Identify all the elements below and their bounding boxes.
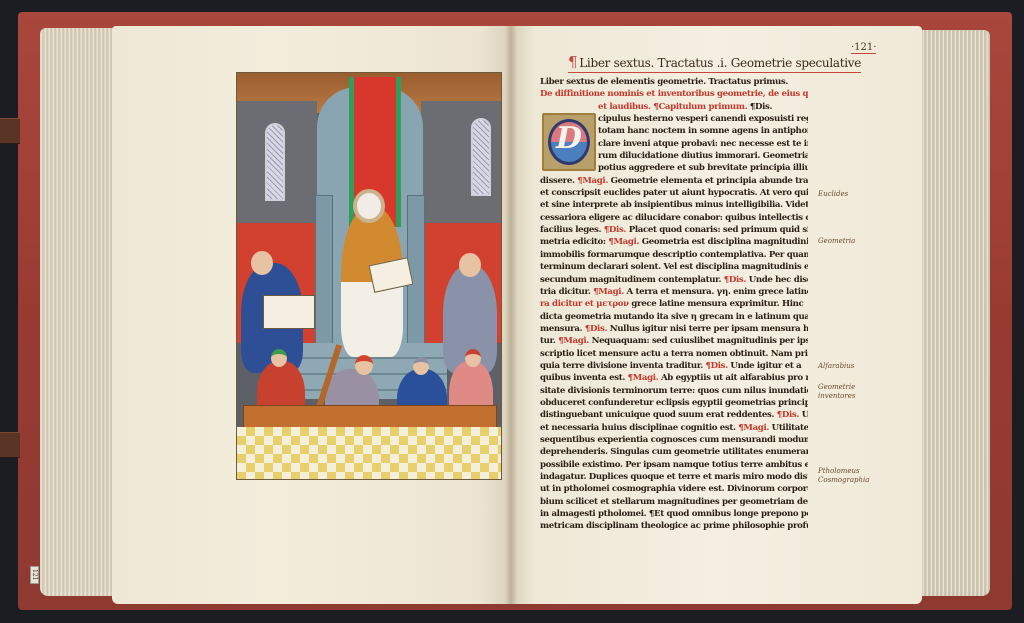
scholar-blue-head [251,251,273,275]
rubric-text: ra dicitur et μετρον [540,299,631,309]
body-text: Singulas cum geometrie utilitates enumer… [610,447,808,457]
body-text: ¶Et quod omnibus longe prepono per ipsam… [649,509,808,519]
gutter-shadow [505,26,517,604]
text-line: ut in ptholomei cosmographia videre est.… [540,483,808,495]
marginal-note: Geometrie inventores [818,383,878,401]
rubric-text: ¶Dis. [604,225,629,235]
page-edges-left [40,28,122,596]
student-grey-head [355,355,373,375]
text-line: et sine interprete ab insipientibus minu… [540,199,808,211]
rubric-text: ¶Dis. [706,361,731,371]
text-line: deprehenderis. Singulas cum geometrie ut… [540,446,808,458]
text-line: mensura. ¶Dis. Nullus igitur nisi terre … [540,323,808,335]
body-text: Nequaquam: sed cuiuslibet magnitudinis p… [592,336,808,346]
student-blue-head [413,357,429,375]
body-text: Utilitatem eius in [772,423,808,433]
text-line: obduceret confunderetur eclipsis egyptii… [540,397,808,409]
student-pink-head [465,349,481,367]
body-text: metricam disciplinam theologice ac prime… [540,521,808,531]
body-text: et conscripsit euclides pater ut aiunt h… [540,188,808,198]
body-text: obduceret confunderetur eclipsis egyptii… [540,398,808,408]
pilcrow-icon: ¶ [568,53,577,71]
text-line: bium scilicet et stellarum magnitudines … [540,496,808,508]
body-text: Liber sextus de elementis geometrie. Tra… [540,77,788,87]
text-line: et laudibus. ¶Capitulum primum. ¶Dis. [540,101,808,113]
body-text: sitate divisionis terminorum terre: quos… [540,386,808,396]
body-text: clare inveni atque probavi: nec necesse … [598,139,808,149]
text-line: possibile existimo. Per ipsam namque tot… [540,459,808,471]
text-line: sequentibus experientia cognosces cum me… [540,434,808,446]
text-column: Liber sextus de elementis geometrie. Tra… [540,76,808,533]
student-red-head [271,349,287,367]
marginal-note: Alfarabius [818,362,878,371]
body-text: rum dilucidatione diutius immorari. Geom… [598,151,808,161]
body-text: Divinorum corporum celestium or- [727,484,808,494]
rubric-text: ¶Capitulum primum. [653,102,750,112]
body-text: dissere. [540,176,577,186]
body-text: indagatur. [540,472,589,482]
text-line: in almagesti ptholomei. ¶Et quod omnibus… [540,508,808,520]
rubric-text: ¶Dis. [777,410,802,420]
body-text: A terra et mensura. γη. enim grece latin… [627,287,809,297]
body-text: facilius leges. [540,225,604,235]
rubric-text: et laudibus. [598,102,653,112]
text-line: immobilis formarumque descriptio contemp… [540,249,808,261]
window-right [471,118,491,196]
body-text: possibile existimo. [540,460,625,470]
scholar-grey-head [459,253,481,277]
body-text: Duplices quoque et terre et maris miro m… [589,472,808,482]
rubric-text: ¶Magi. [593,287,626,297]
body-text: cipulus hesterno vesperi canendi exposui… [598,114,808,124]
rubric-text: ¶Magi. [608,237,641,247]
body-text: scriptio licet mensure actu a terra nome… [540,349,808,359]
text-line: terminum declarari solent. Vel est disci… [540,261,808,273]
page-edges-right [918,30,990,596]
text-line: scriptio licet mensure actu a terra nome… [540,348,808,360]
body-text: immobilis formarumque descriptio contemp… [540,250,808,260]
text-line: secundum magnitudinem contemplatur. ¶Dis… [540,274,808,286]
throne-arm-left [315,195,333,365]
body-text: deprehenderis. [540,447,610,457]
folio-number: ·121· [851,42,876,54]
text-line: clare inveni atque probavi: nec necesse … [540,138,808,150]
body-text: potius aggredere et sub brevitate princi… [598,163,808,173]
miniature-geometry-enthroned [236,72,502,480]
text-line: et conscripsit euclides pater ut aiunt h… [540,187,808,199]
text-line: tur. ¶Magi. Nequaquam: sed cuiuslibet ma… [540,335,808,347]
body-text: Nullus igitur nisi terre per ipsam mensu… [610,324,808,334]
running-head: ¶Liber sextus. Tractatus .i. Geometrie s… [568,53,861,73]
tiled-floor [237,427,501,479]
rubric-text: ¶Dis. [585,324,610,334]
body-text: Placet quod conaris: sed primum quid sit… [629,225,808,235]
body-text: et sine interprete ab insipientibus minu… [540,200,808,210]
text-line: indagatur. Duplices quoque et terre et m… [540,471,808,483]
body-text: grece latine mensura exprimitur. Hinc [631,299,803,309]
body-text: Unde igitur et a [730,361,801,371]
rubric-text: ¶Magi. [577,176,610,186]
body-text: bium scilicet et stellarum magnitudines … [540,497,808,507]
text-line: quibus inventa est. ¶Magi. Ab egyptiis u… [540,372,808,384]
body-text: quibus inventa est. [540,373,628,383]
text-line: quia terre divisione inventa traditur. ¶… [540,360,808,372]
body-text: ut in ptholomei cosmographia videre est. [540,484,727,494]
clasp-strap-bottom [0,432,20,458]
body-text: et necessaria huius disciplinae cognitio… [540,423,738,433]
text-line: et necessaria huius disciplinae cognitio… [540,422,808,434]
text-line: Liber sextus de elementis geometrie. Tra… [540,76,808,88]
text-line: cipulus hesterno vesperi canendi exposui… [540,113,808,125]
text-line: rum dilucidatione diutius immorari. Geom… [540,150,808,162]
body-text: Unde hec disciplina geome- [749,275,808,285]
marginal-note: Ptholomeus Cosmographia [818,467,878,485]
geometry-head-halo [357,193,381,219]
body-text: terminum declarari solent. Vel est disci… [540,262,808,272]
rubric-text: ¶Magi. [558,336,591,346]
text-line: metria edicito: ¶Magi. Geometria est dis… [540,236,808,248]
text-line: facilius leges. ¶Dis. Placet quod conari… [540,224,808,236]
text-line: sitate divisionis terminorum terre: quos… [540,385,808,397]
body-text: tria dicitur. [540,287,593,297]
body-text: ¶Dis. [750,102,772,112]
marginal-note: Euclides [818,190,878,199]
body-text: dicta geometria mutando ita sive η greca… [540,312,808,322]
text-line: De diffinitione nominis et inventoribus … [540,88,808,100]
text-line: distinguebant unicuique quod suum erat r… [540,409,808,421]
body-text: metria edicito: [540,237,608,247]
body-text: totam hanc noctem in somne agens in anti… [598,126,808,136]
body-text: Ab egyptiis ut ait alfarabius pro neces- [661,373,808,383]
text-line: potius aggredere et sub brevitate princi… [540,162,808,174]
clasp-strap-top [0,118,20,144]
text-line: metricam disciplinam theologice ac prime… [540,520,808,532]
text-line: dicta geometria mutando ita sive η greca… [540,311,808,323]
rubric-text: De diffinitione nominis et inventoribus … [540,89,808,99]
body-text: Geometrie elementa et principia abunde t… [611,176,808,186]
rubric-text: ¶Magi. [738,423,771,433]
rubric-text: ¶Magi. [628,373,661,383]
text-line: totam hanc noctem in somne agens in anti… [540,125,808,137]
text-line: dissere. ¶Magi. Geometrie elementa et pr… [540,175,808,187]
body-text: tur. [540,336,558,346]
body-text: cessariora eligere ac dilucidare conabor… [540,213,808,223]
shelfmark-label: 121 [30,566,39,584]
body-text: quia terre divisione inventa traditur. [540,361,706,371]
body-text: distinguebant unicuique quod suum erat r… [540,410,777,420]
body-text: Utilis igitur [802,410,808,420]
body-text: Per ipsam namque totius terre ambitus et… [625,460,808,470]
body-text: secundum magnitudinem contemplatur. [540,275,724,285]
rubric-text: ¶Dis. [724,275,749,285]
text-line: tria dicitur. ¶Magi. A terra et mensura.… [540,286,808,298]
scholar-open-book [263,295,315,329]
running-head-text: Liber sextus. Tractatus .i. Geometrie sp… [579,56,861,70]
text-line: ra dicitur et μετρον grece latine mensur… [540,298,808,310]
text-line: cessariora eligere ac dilucidare conabor… [540,212,808,224]
body-text: Geometria est disciplina magnitudinis [642,237,808,247]
window-left [265,123,285,201]
body-text: mensura. [540,324,585,334]
body-text: sequentibus experientia cognosces cum me… [540,435,808,445]
body-text: in almagesti ptholomei. [540,509,649,519]
marginal-note: Geometria [818,237,878,246]
